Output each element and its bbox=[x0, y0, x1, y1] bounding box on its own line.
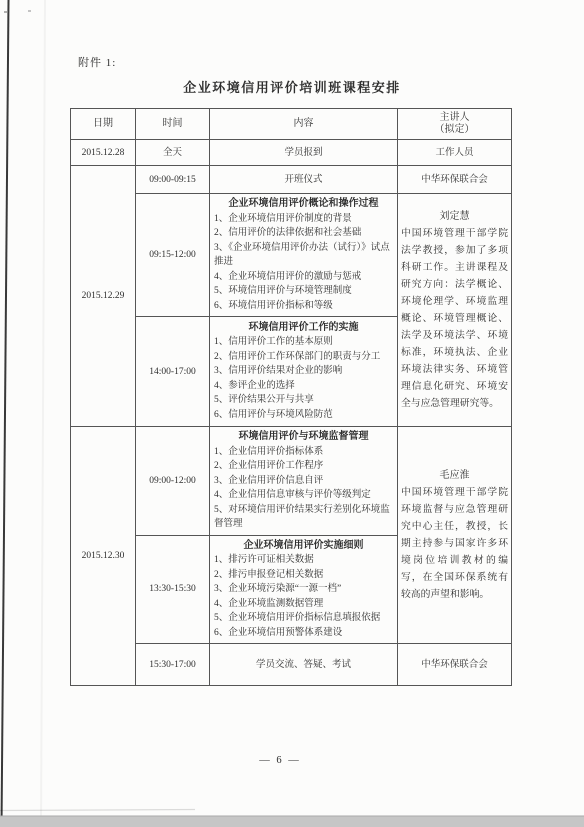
time-cell-opening: 09:00-09:15 bbox=[136, 166, 210, 194]
table-row: 2015.12.28 全天 学员报到 工作人员 bbox=[71, 140, 512, 166]
table-header-row: 日期 时间 内容 主讲人 （拟定） bbox=[71, 109, 512, 140]
speaker-cell-registration: 工作人员 bbox=[398, 140, 512, 166]
speaker-cell-day2: 刘定慧 中国环境管理干部学院法学教授，参加了多项科研工作。主讲课程及研究方向：法… bbox=[398, 194, 512, 427]
agenda-item: 5、环境信用评价与环境管理制度 bbox=[214, 284, 393, 299]
page-title: 企业环境信用评价培训班课程安排 bbox=[0, 77, 584, 96]
agenda-item: 2、企业信用评价工作程序 bbox=[214, 459, 393, 474]
agenda-item: 2、信用评价的法律依据和社会基础 bbox=[214, 226, 393, 241]
agenda-item: 2、信用评价工作环保部门的职责与分工 bbox=[214, 350, 393, 365]
agenda-item: 3、信用评价结果对企业的影响 bbox=[214, 364, 393, 379]
content-cell-registration: 学员报到 bbox=[210, 140, 398, 166]
scan-left-edge-line bbox=[2, 0, 9, 827]
table-row: 15:30-17:00 学员交流、答疑、考试 中华环保联合会 bbox=[71, 644, 512, 686]
header-speaker-line1: 主讲人 bbox=[400, 112, 509, 124]
agenda-item: 1、企业信用评价指标体系 bbox=[214, 445, 393, 460]
time-cell-day3-morning: 09:00-12:00 bbox=[136, 427, 210, 536]
speaker-name: 毛应淮 bbox=[401, 467, 508, 484]
time-cell-closing: 15:30-17:00 bbox=[136, 644, 210, 686]
agenda-item: 6、环境信用评价指标和等级 bbox=[214, 299, 393, 314]
agenda-item: 6、信用评价与环境风险防范 bbox=[214, 408, 393, 423]
agenda-item: 4、企业信用信息审核与评价等级判定 bbox=[214, 488, 393, 503]
header-speaker-line2: （拟定） bbox=[400, 124, 509, 136]
agenda-item: 3、企业信用评价信息自评 bbox=[214, 474, 393, 489]
speaker-cell-day3: 毛应淮 中国环境管理干部学院环境监督与应急管理研究中心主任，教授，长期主持参与国… bbox=[398, 427, 512, 644]
speaker-name: 刘定慧 bbox=[401, 208, 508, 225]
date-cell-day3: 2015.12.30 bbox=[71, 427, 136, 686]
header-speaker: 主讲人 （拟定） bbox=[398, 109, 512, 140]
date-cell-registration: 2015.12.28 bbox=[71, 140, 136, 166]
content-cell-opening: 开班仪式 bbox=[210, 166, 398, 194]
agenda-item: 3、《企业环境信用评价办法（试行）》试点推进 bbox=[214, 241, 393, 270]
scan-bottom-band bbox=[0, 816, 584, 827]
agenda-item: 5、对环境信用评价结果实行差别化环境监督管理 bbox=[214, 503, 393, 532]
content-cell-day3-morning: 环境信用评价与环境监督管理 1、企业信用评价指标体系 2、企业信用评价工作程序 … bbox=[210, 427, 398, 536]
time-cell-day2-morning: 09:15-12:00 bbox=[136, 194, 210, 317]
date-cell-day2: 2015.12.29 bbox=[71, 166, 136, 427]
agenda-item: 5、评价结果公开与共享 bbox=[214, 393, 393, 408]
header-date: 日期 bbox=[71, 109, 136, 140]
header-content: 内容 bbox=[210, 109, 398, 140]
content-cell-day2-afternoon: 环境信用评价工作的实施 1、信用评价工作的基本原则 2、信用评价工作环保部门的职… bbox=[210, 317, 398, 427]
content-cell-closing: 学员交流、答疑、考试 bbox=[210, 644, 398, 686]
schedule-table: 日期 时间 内容 主讲人 （拟定） 2015.12.28 全天 学员报到 工作人… bbox=[70, 108, 512, 686]
agenda-item: 4、企业环境监测数据管理 bbox=[214, 597, 393, 612]
time-cell-day3-afternoon: 13:30-15:30 bbox=[136, 535, 210, 644]
table-row: 09:15-12:00 企业环境信用评价概论和操作过程 1、企业环境信用评价制度… bbox=[71, 194, 512, 317]
attachment-label: 附件 1: bbox=[78, 54, 116, 70]
speaker-cell-opening: 中华环保联合会 bbox=[398, 166, 512, 194]
scan-speck bbox=[28, 10, 31, 12]
table-row: 2015.12.30 09:00-12:00 环境信用评价与环境监督管理 1、企… bbox=[71, 427, 512, 536]
agenda-item: 3、企业环境污染源“一源一档” bbox=[214, 582, 393, 597]
scan-bottom-faint-line bbox=[0, 810, 195, 811]
agenda-item: 1、信用评价工作的基本原则 bbox=[214, 335, 393, 350]
schedule-table-container: 日期 时间 内容 主讲人 （拟定） 2015.12.28 全天 学员报到 工作人… bbox=[70, 108, 512, 686]
agenda-item: 5、企业环境信用评价指标信息填报依据 bbox=[214, 611, 393, 626]
paper-crease-line bbox=[41, 0, 45, 827]
agenda-item: 6、企业环境信用预警体系建设 bbox=[214, 626, 393, 641]
session-title: 环境信用评价工作的实施 bbox=[214, 321, 393, 336]
agenda-item: 2、排污申报登记相关数据 bbox=[214, 568, 393, 583]
header-time: 时间 bbox=[136, 109, 210, 140]
speaker-bio: 中国环境管理干部学院法学教授，参加了多项科研工作。主讲课程及研究方向：法学概论、… bbox=[401, 225, 508, 412]
session-title: 环境信用评价与环境监督管理 bbox=[214, 430, 393, 445]
scan-speck bbox=[4, 11, 7, 13]
agenda-item: 4、参评企业的选择 bbox=[214, 379, 393, 394]
content-cell-day2-morning: 企业环境信用评价概论和操作过程 1、企业环境信用评价制度的背景 2、信用评价的法… bbox=[210, 194, 398, 317]
time-cell-registration: 全天 bbox=[136, 140, 210, 166]
content-cell-day3-afternoon: 企业环境信用评价实施细则 1、排污许可证相关数据 2、排污申报登记相关数据 3、… bbox=[210, 535, 398, 644]
session-title: 企业环境信用评价实施细则 bbox=[214, 539, 393, 554]
session-title: 企业环境信用评价概论和操作过程 bbox=[214, 197, 393, 212]
page-number: — 6 — bbox=[0, 755, 560, 766]
scanned-document-page: 附件 1: 企业环境信用评价培训班课程安排 日期 时间 内容 主讲人 （拟定） … bbox=[0, 0, 584, 827]
speaker-cell-closing: 中华环保联合会 bbox=[398, 644, 512, 686]
agenda-item: 1、企业环境信用评价制度的背景 bbox=[214, 212, 393, 227]
time-cell-day2-afternoon: 14:00-17:00 bbox=[136, 317, 210, 427]
agenda-item: 1、排污许可证相关数据 bbox=[214, 553, 393, 568]
agenda-item: 4、企业环境信用评价的激励与惩戒 bbox=[214, 270, 393, 285]
speaker-bio: 中国环境管理干部学院环境监督与应急管理研究中心主任，教授，长期主持参与国家许多环… bbox=[401, 484, 508, 603]
table-row: 2015.12.29 09:00-09:15 开班仪式 中华环保联合会 bbox=[71, 166, 512, 194]
